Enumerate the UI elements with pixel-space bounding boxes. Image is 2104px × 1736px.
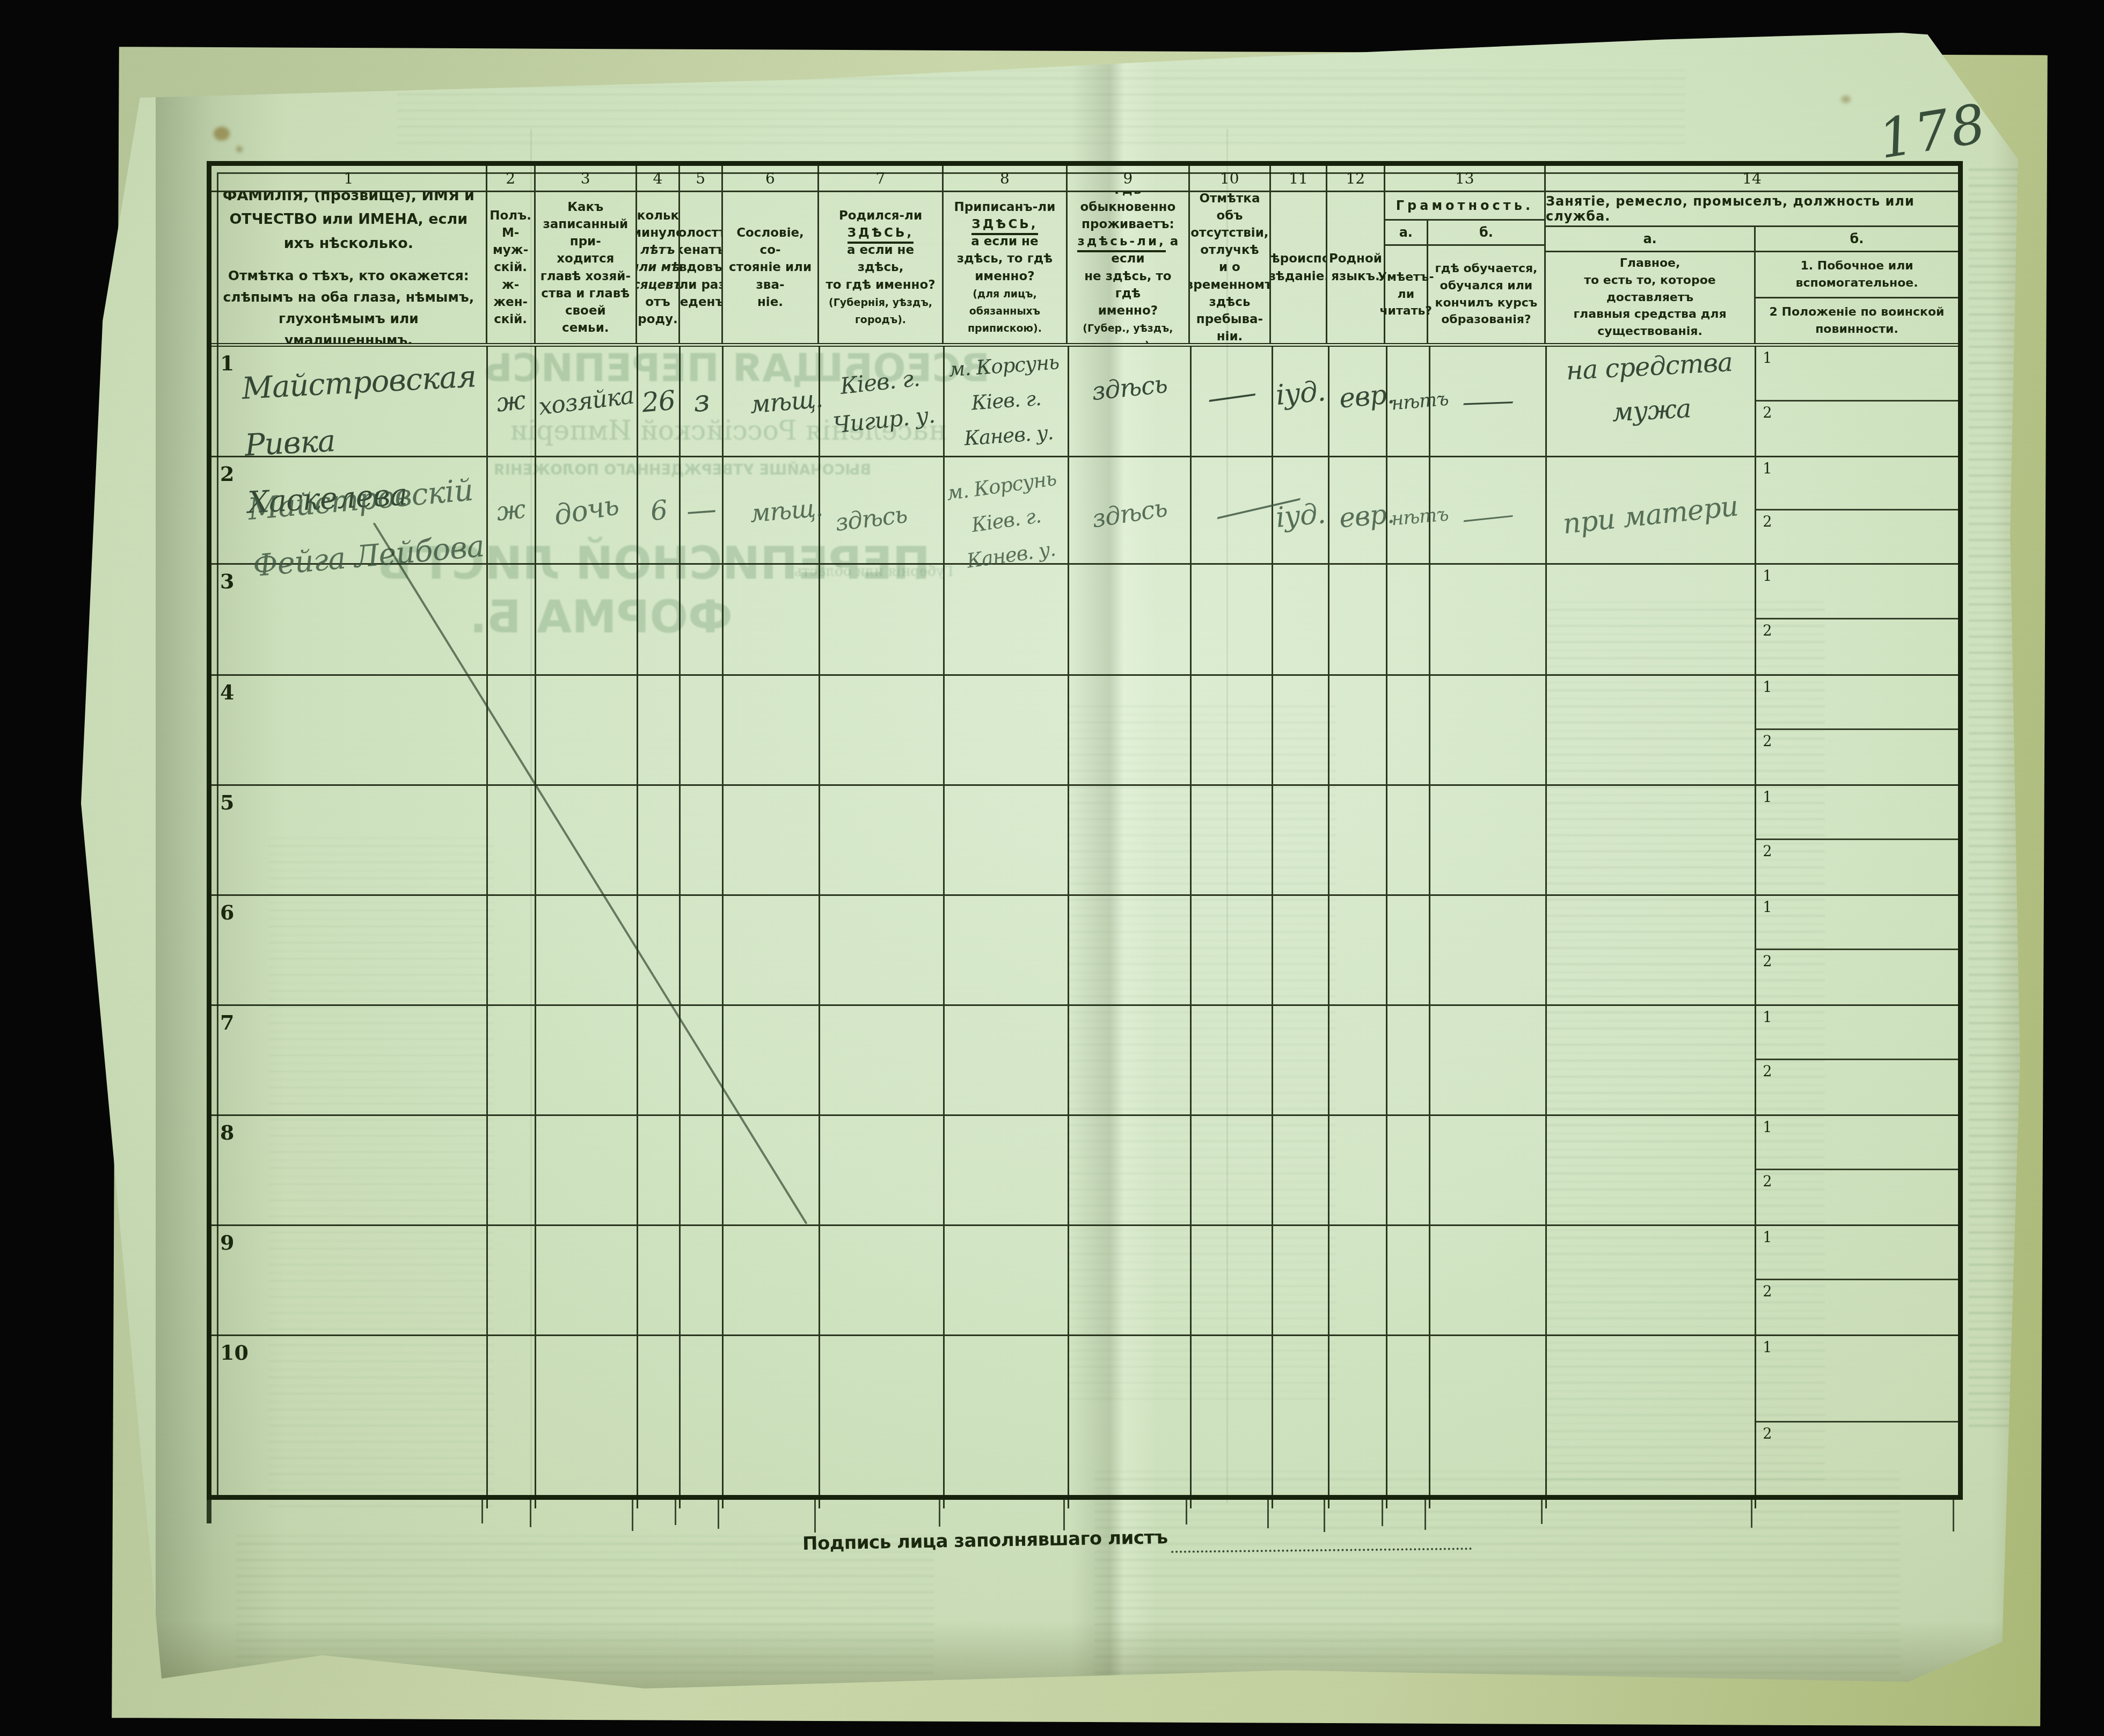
table-cell: м. Корсунь Кіев. г. Канев. у.	[945, 347, 1069, 456]
table-cell	[724, 676, 820, 784]
column-number: 5	[680, 166, 723, 191]
table-line-stub	[1187, 1500, 1269, 1528]
table-cell	[1329, 1116, 1387, 1224]
table-line-stub	[531, 1500, 633, 1531]
table-cell: з	[681, 347, 724, 456]
table-cell	[1430, 565, 1547, 674]
table-cell	[820, 565, 945, 674]
table-cell: 5	[211, 786, 488, 894]
side-occupation-sub1: 1	[1756, 347, 1958, 402]
side-occupation-sub2: 2	[1756, 1423, 1958, 1509]
table-cell: нѣтъ	[1387, 347, 1430, 456]
column-header-text: Сколько минуло лѣтъ или мѣ- сяцевъ отъ р…	[637, 207, 680, 328]
column-header: Холостъ, женатъ, вдовъ или раз- веденъ.	[680, 192, 723, 343]
table-cell: нѣтъ	[1387, 457, 1430, 563]
table-cell	[1069, 1006, 1192, 1114]
table-cell	[1547, 896, 1757, 1004]
table-cell: Кіев. г. Чигир. у.	[820, 347, 945, 456]
table-cell	[1069, 676, 1192, 784]
literacy-a-label: a.	[1385, 221, 1428, 244]
table-cell	[1273, 1006, 1329, 1114]
column-number: 7	[819, 166, 943, 191]
table-cell	[1069, 1116, 1192, 1224]
table-cell: евр.	[1329, 347, 1387, 456]
table-cell-side-occupation: 12	[1756, 1006, 1958, 1114]
table-line-stub	[1269, 1500, 1325, 1532]
sub-row-number-2: 2	[1763, 1283, 1772, 1300]
table-line-stubs	[207, 1500, 1963, 1531]
literacy-education-question: гдѣ обучается, обучался или кончилъ курс…	[1428, 246, 1544, 343]
side-occupation-sub1: 1	[1756, 1336, 1958, 1423]
side-occupation-sub2: 2	[1756, 1170, 1958, 1224]
table-cell: здѣсь	[1069, 347, 1192, 456]
table-cell	[1192, 896, 1273, 1004]
table-cell	[536, 676, 638, 784]
column-header: ФАМИЛІЯ, (прозвище), ИМЯ и ОТЧЕСТВО или …	[211, 192, 487, 343]
handwritten-age: 6	[649, 494, 668, 526]
header-text-part: Приписанъ-ли	[954, 200, 1056, 214]
table-line-stub	[1383, 1500, 1426, 1530]
side-occupation-sub2: 2	[1756, 402, 1958, 456]
column-number: 10	[1190, 166, 1272, 191]
table-cell: іуд.	[1273, 347, 1329, 456]
column-number: 13	[1385, 166, 1546, 191]
scanned-census-sheet: ВСЕОБЩАЯ ПЕРЕПИСЬ населенія Россійской И…	[0, 0, 2104, 1736]
table-cell: 6	[638, 457, 681, 563]
table-cell	[1069, 565, 1192, 674]
table-cell	[820, 1116, 945, 1224]
ink-stain	[236, 146, 243, 152]
signature-block: Подпись лица заполнявшаго листъ	[802, 1530, 1472, 1551]
table-cell: здѣсь	[1069, 457, 1192, 563]
census-form-page: ВСЕОБЩАЯ ПЕРЕПИСЬ населенія Россійской И…	[75, 31, 2040, 1695]
table-cell-side-occupation: 12	[1756, 565, 1958, 674]
table-cell	[820, 1006, 945, 1114]
header-text-part: Родился-ли	[839, 209, 922, 223]
table-cell-side-occupation: 12	[1756, 1226, 1958, 1334]
table-cell: здѣсь	[820, 457, 945, 563]
handwritten-sex: ж	[495, 494, 527, 527]
table-cell	[820, 786, 945, 894]
column13-literacy-header: Грамотность.a.б.Умѣетъ- ли читать?гдѣ об…	[1385, 192, 1546, 343]
table-cell: ж	[488, 347, 536, 456]
table-cell: —	[681, 457, 724, 563]
table-cell	[536, 786, 638, 894]
column-header-text: Вѣроиспо- вѣданіе.	[1271, 250, 1327, 285]
table-cell	[1430, 786, 1547, 894]
table-cell	[1387, 565, 1430, 674]
table-cell: 26	[638, 347, 681, 456]
column-header: Гдѣ обыкновенно проживаетъ: здѣсь-ли, а …	[1068, 192, 1189, 343]
table-cell	[536, 1006, 638, 1114]
table-cell	[1547, 1006, 1757, 1114]
table-cell	[638, 1006, 681, 1114]
table-row: 1Майстровская Ривка Хаскелеважхозяйка26з…	[211, 347, 1958, 457]
table-cell	[1547, 676, 1757, 784]
row-number: 4	[220, 680, 234, 704]
table-cell: 1Майстровская Ривка Хаскелева	[211, 347, 488, 456]
column-header-text: Холостъ, женатъ, вдовъ или раз- веденъ.	[680, 224, 723, 311]
occupation-sublabels: Главное, то есть то, которое доставляетъ…	[1546, 252, 1958, 343]
table-cell	[1387, 1226, 1430, 1334]
handwritten-absence: —	[1204, 375, 1259, 417]
column-number: 1	[211, 166, 487, 191]
table-cell	[820, 676, 945, 784]
side-occupation-sub1: 1	[1756, 565, 1958, 619]
table-cell	[1069, 896, 1192, 1004]
side-occupation-sub2: 2	[1756, 1280, 1958, 1334]
table-cell	[1192, 1006, 1273, 1114]
header-text-part: Гдѣ обыкновенно проживаетъ:	[1080, 192, 1176, 231]
table-cell	[681, 565, 724, 674]
table-cell: —	[1192, 457, 1273, 563]
table-row: 812	[211, 1116, 1958, 1226]
sub-row-number-1: 1	[1763, 679, 1772, 696]
sub-row-number-2: 2	[1763, 843, 1772, 860]
signature-label: Подпись лица заполнявшаго листъ	[802, 1527, 1168, 1555]
table-cell: мѣщ.	[724, 457, 820, 563]
table-cell: —	[1192, 347, 1273, 456]
column-header-row: ФАМИЛІЯ, (прозвище), ИМЯ и ОТЧЕСТВО или …	[211, 192, 1958, 347]
table-cell	[945, 1226, 1069, 1334]
side-occupation-sub2: 2	[1756, 950, 1958, 1004]
table-cell	[945, 1336, 1069, 1508]
column-number: 3	[536, 166, 638, 191]
handwritten-born: Кіев. г. Чигир. у.	[827, 358, 937, 445]
table-cell	[536, 1226, 638, 1334]
table-line-stub	[207, 1500, 483, 1523]
handwritten-marital: з	[692, 383, 711, 419]
bleedthrough-texture	[236, 1534, 934, 1674]
table-cell	[1329, 786, 1387, 894]
table-cell: мѣщ.	[724, 347, 820, 456]
table-cell: 9	[211, 1226, 488, 1334]
table-cell-side-occupation: 12	[1756, 896, 1958, 1004]
table-cell: 10	[211, 1336, 488, 1508]
column-header-text: Приписанъ-ли ЗДѢСЬ, а если не здѣсь, то …	[947, 199, 1063, 337]
sub-row-number-1: 1	[1763, 1119, 1772, 1136]
table-cell-side-occupation: 12	[1756, 786, 1958, 894]
table-cell	[1273, 1116, 1329, 1224]
literacy-title: Грамотность.	[1385, 192, 1544, 221]
table-cell	[945, 676, 1069, 784]
table-cell	[1329, 676, 1387, 784]
handwritten-education: —	[1460, 499, 1516, 535]
table-cell	[488, 1006, 536, 1114]
column-header: Родился-ли ЗДѢСЬ, а если не здѣсь, то гд…	[819, 192, 943, 343]
header-text-part: ЗДѢСЬ,	[971, 217, 1038, 235]
table-cell	[1430, 1226, 1547, 1334]
handwritten-estate: мѣщ.	[749, 493, 824, 528]
sub-row-number-2: 2	[1763, 1173, 1772, 1190]
table-row: 612	[211, 896, 1958, 1006]
column-number: 14	[1546, 166, 1958, 191]
handwritten-registered: м. Корсунь Кіев. г. Канев. у.	[947, 345, 1065, 457]
side-occupation-sub1: 1	[1756, 1116, 1958, 1170]
handwritten-relation: хозяйка	[537, 382, 635, 420]
table-cell-side-occupation: 12	[1756, 1336, 1958, 1508]
table-cell	[638, 676, 681, 784]
table-cell-side-occupation: 12	[1756, 347, 1958, 456]
table-row: 312	[211, 565, 1958, 676]
table-cell	[724, 1006, 820, 1114]
table-cell	[945, 1116, 1069, 1224]
table-cell	[724, 786, 820, 894]
handwritten-occupation: на средства мужа	[1565, 341, 1736, 437]
table-line-stub	[483, 1500, 531, 1527]
table-cell	[536, 1336, 638, 1508]
table-cell	[1329, 1226, 1387, 1334]
table-cell	[536, 565, 638, 674]
occupation-side-label-1: 1. Побочное или вспомогательное.	[1756, 252, 1958, 298]
table-cell	[1387, 1116, 1430, 1224]
handwritten-lives: здѣсь	[1090, 493, 1169, 533]
table-line-stub	[719, 1500, 816, 1533]
column-number: 12	[1327, 166, 1385, 191]
table-cell	[1329, 1336, 1387, 1508]
table-cell	[945, 896, 1069, 1004]
sub-row-number-2: 2	[1763, 405, 1772, 421]
table-row: 712	[211, 1006, 1958, 1116]
sub-row-number-2: 2	[1763, 1426, 1772, 1442]
table-line-stub	[633, 1500, 676, 1525]
table-cell	[724, 1336, 820, 1508]
table-row: 2Майстровскій Фейга Лейбоваждочь6—мѣщ.зд…	[211, 457, 1958, 565]
table-cell	[1273, 786, 1329, 894]
table-cell	[1273, 1226, 1329, 1334]
table-cell: 7	[211, 1006, 488, 1114]
column-header-text: Отмѣтка объ отсутствіи, отлучкѣ и о врем…	[1190, 192, 1272, 343]
column-header: Сколько минуло лѣтъ или мѣ- сяцевъ отъ р…	[637, 192, 680, 343]
table-cell	[488, 565, 536, 674]
table-cell: м. Корсунь Кіев. г. Канев. у.	[945, 457, 1069, 563]
row-number: 8	[220, 1120, 234, 1144]
side-occupation-sub1: 1	[1756, 457, 1958, 510]
sub-row-number-1: 1	[1763, 461, 1772, 477]
table-cell	[1069, 1226, 1192, 1334]
table-cell	[1387, 786, 1430, 894]
table-cell	[724, 1226, 820, 1334]
occupation-ab-row: a.б.	[1546, 227, 1958, 252]
column-number: 11	[1271, 166, 1327, 191]
table-cell	[1387, 896, 1430, 1004]
occupation-side-labels: 1. Побочное или вспомогательное.2 Положе…	[1756, 252, 1958, 343]
table-cell	[1273, 565, 1329, 674]
table-cell	[488, 896, 536, 1004]
column-header-text: Полъ. М-муж- скій. ж-жен- скій.	[490, 207, 531, 328]
table-cell	[1273, 896, 1329, 1004]
table-cell	[1192, 1116, 1273, 1224]
table-row: 512	[211, 786, 1958, 896]
ink-stain	[1841, 96, 1851, 103]
table-cell: евр.	[1329, 457, 1387, 563]
table-cell	[488, 1116, 536, 1224]
handwritten-religion: іуд.	[1274, 498, 1326, 534]
side-occupation-sub1: 1	[1756, 786, 1958, 840]
table-cell	[820, 896, 945, 1004]
column14-occupation-header: Занятіе, ремесло, промыселъ, должность и…	[1546, 192, 1958, 343]
table-cell	[1069, 786, 1192, 894]
census-table: 1234567891011121314ФАМИЛІЯ, (прозвище), …	[207, 161, 1963, 1500]
table-cell	[638, 786, 681, 894]
table-cell	[1547, 1336, 1757, 1508]
sub-row-number-1: 1	[1763, 1339, 1772, 1356]
side-occupation-sub1: 1	[1756, 1006, 1958, 1060]
table-cell	[1547, 1226, 1757, 1334]
table-cell	[681, 1336, 724, 1508]
table-cell: дочь	[536, 457, 638, 563]
column-header-text: Родной языкъ.	[1329, 250, 1382, 285]
column-header-text: Родился-ли ЗДѢСЬ, а если не здѣсь, то гд…	[822, 207, 938, 328]
table-row: 412	[211, 676, 1958, 786]
table-cell	[1430, 1006, 1547, 1114]
occupation-side-label-2: 2 Положеніе по воинской повинности.	[1756, 298, 1958, 343]
table-cell	[681, 1226, 724, 1334]
table-cell	[1329, 896, 1387, 1004]
table-cell	[681, 676, 724, 784]
handwritten-sex: ж	[495, 385, 527, 418]
literacy-b-label: б.	[1428, 221, 1544, 244]
table-cell	[1273, 1336, 1329, 1508]
sub-row-number-2: 2	[1763, 514, 1772, 530]
sub-row-number-1: 1	[1763, 350, 1772, 367]
column-number: 4	[637, 166, 680, 191]
occupation-title: Занятіе, ремесло, промыселъ, должность и…	[1546, 192, 1958, 227]
table-cell: іуд.	[1273, 457, 1329, 563]
table-cell: 8	[211, 1116, 488, 1224]
table-cell	[638, 565, 681, 674]
table-cell	[1430, 1116, 1547, 1224]
table-cell	[681, 786, 724, 894]
handwritten-relation: дочь	[551, 488, 621, 531]
column-header: Отмѣтка объ отсутствіи, отлучкѣ и о врем…	[1190, 192, 1272, 343]
table-cell	[1192, 565, 1273, 674]
header-text-part: отъ роду.	[638, 295, 678, 326]
table-line-stub	[676, 1500, 719, 1529]
sub-row-number-1: 1	[1763, 899, 1772, 916]
row-number: 2	[220, 462, 234, 486]
table-cell	[536, 1116, 638, 1224]
literacy-sublabels: Умѣетъ- ли читать?гдѣ обучается, обучалс…	[1385, 246, 1544, 343]
table-cell	[820, 1336, 945, 1508]
column-number: 8	[944, 166, 1068, 191]
sub-row-number-2: 2	[1763, 953, 1772, 970]
table-cell	[1387, 676, 1430, 784]
side-occupation-sub2: 2	[1756, 619, 1958, 674]
table-line-stub	[816, 1500, 940, 1527]
table-cell: хозяйка	[536, 347, 638, 456]
header-text-part: (Губернія, уѣздъ, городъ).	[829, 297, 932, 326]
table-line-stub	[940, 1500, 1065, 1530]
table-cell	[1547, 786, 1757, 894]
header-text-part: а если не здѣсь, то гдѣ именно?	[957, 235, 1053, 283]
table-cell	[1192, 1336, 1273, 1508]
column-header: Полъ. М-муж- скій. ж-жен- скій.	[487, 192, 536, 343]
column-header: Какъ записанный при- ходится главѣ хозяй…	[536, 192, 638, 343]
table-cell	[488, 1336, 536, 1508]
table-cell	[1430, 676, 1547, 784]
table-cell-side-occupation: 12	[1756, 676, 1958, 784]
handwritten-language: евр.	[1338, 378, 1396, 414]
signature-dotted-line	[1171, 1531, 1472, 1553]
row-number: 1	[220, 351, 234, 375]
row-number: 10	[220, 1340, 249, 1365]
table-cell	[1329, 1006, 1387, 1114]
column1-main-label: ФАМИЛІЯ, (прозвище), ИМЯ и ОТЧЕСТВО или …	[215, 192, 483, 256]
table-cell	[488, 676, 536, 784]
handwritten-occupation: при матери	[1561, 483, 1741, 548]
table-cell	[638, 1116, 681, 1224]
sub-row-number-1: 1	[1763, 568, 1772, 585]
table-line-stub	[1426, 1500, 1543, 1524]
table-cell: при матери	[1547, 457, 1757, 563]
ink-stain	[214, 127, 230, 141]
side-occupation-sub2: 2	[1756, 730, 1958, 784]
table-cell	[1547, 1116, 1757, 1224]
table-cell	[945, 786, 1069, 894]
table-cell-side-occupation: 12	[1756, 457, 1958, 563]
table-cell	[1547, 565, 1757, 674]
table-cell	[638, 1226, 681, 1334]
column-number: 9	[1068, 166, 1189, 191]
header-text-part: лѣтъ или мѣ- сяцевъ	[637, 243, 680, 291]
handwritten-born: здѣсь	[833, 495, 909, 544]
table-cell: 4	[211, 676, 488, 784]
sub-row-number-2: 2	[1763, 1063, 1772, 1080]
table-row: 1012	[211, 1336, 1958, 1508]
occupation-main-label: Главное, то есть то, которое доставляетъ…	[1546, 252, 1756, 343]
table-cell	[724, 565, 820, 674]
row-number: 3	[220, 569, 234, 593]
table-line-stub	[1065, 1500, 1187, 1525]
handwritten-page-number: 178	[1874, 92, 1992, 171]
literacy-ab-row: a.б.	[1385, 221, 1544, 246]
sub-row-number-1: 1	[1763, 789, 1772, 806]
handwritten-religion: іуд.	[1274, 375, 1326, 412]
table-cell: 6	[211, 896, 488, 1004]
handwritten-age: 26	[641, 384, 676, 418]
table-cell	[945, 1006, 1069, 1114]
column-header-text: Сословіе, со- стояніе или зва- ніе.	[726, 224, 815, 311]
column1-note-label: Отмѣтка о тѣхъ, кто окажется: слѣпымъ на…	[215, 265, 483, 343]
handwritten-marital: —	[685, 492, 717, 529]
header-text-part: Сколько минуло	[637, 209, 680, 240]
table-cell	[681, 896, 724, 1004]
table-cell	[536, 896, 638, 1004]
table-cell	[488, 1226, 536, 1334]
row-number: 5	[220, 790, 234, 814]
table-row: 912	[211, 1226, 1958, 1336]
table-cell	[1329, 565, 1387, 674]
table-cell	[1069, 1336, 1192, 1508]
column-header: Вѣроиспо- вѣданіе.	[1271, 192, 1327, 343]
table-cell	[820, 1226, 945, 1334]
table-line-stub	[1752, 1500, 1954, 1531]
table-cell	[1430, 1336, 1547, 1508]
column-header-text: Гдѣ обыкновенно проживаетъ: здѣсь-ли, а …	[1071, 192, 1185, 343]
handwritten-education: —	[1460, 385, 1515, 417]
table-cell-side-occupation: 12	[1756, 1116, 1958, 1224]
table-cell	[681, 1006, 724, 1114]
column-number-row: 1234567891011121314	[211, 166, 1958, 192]
table-cell	[945, 565, 1069, 674]
column-header: Приписанъ-ли ЗДѢСЬ, а если не здѣсь, то …	[944, 192, 1068, 343]
table-cell	[488, 786, 536, 894]
literacy-read-question: Умѣетъ- ли читать?	[1385, 246, 1428, 343]
side-occupation-sub2: 2	[1756, 510, 1958, 564]
table-cell	[1192, 1226, 1273, 1334]
table-line-stub	[1325, 1500, 1383, 1526]
